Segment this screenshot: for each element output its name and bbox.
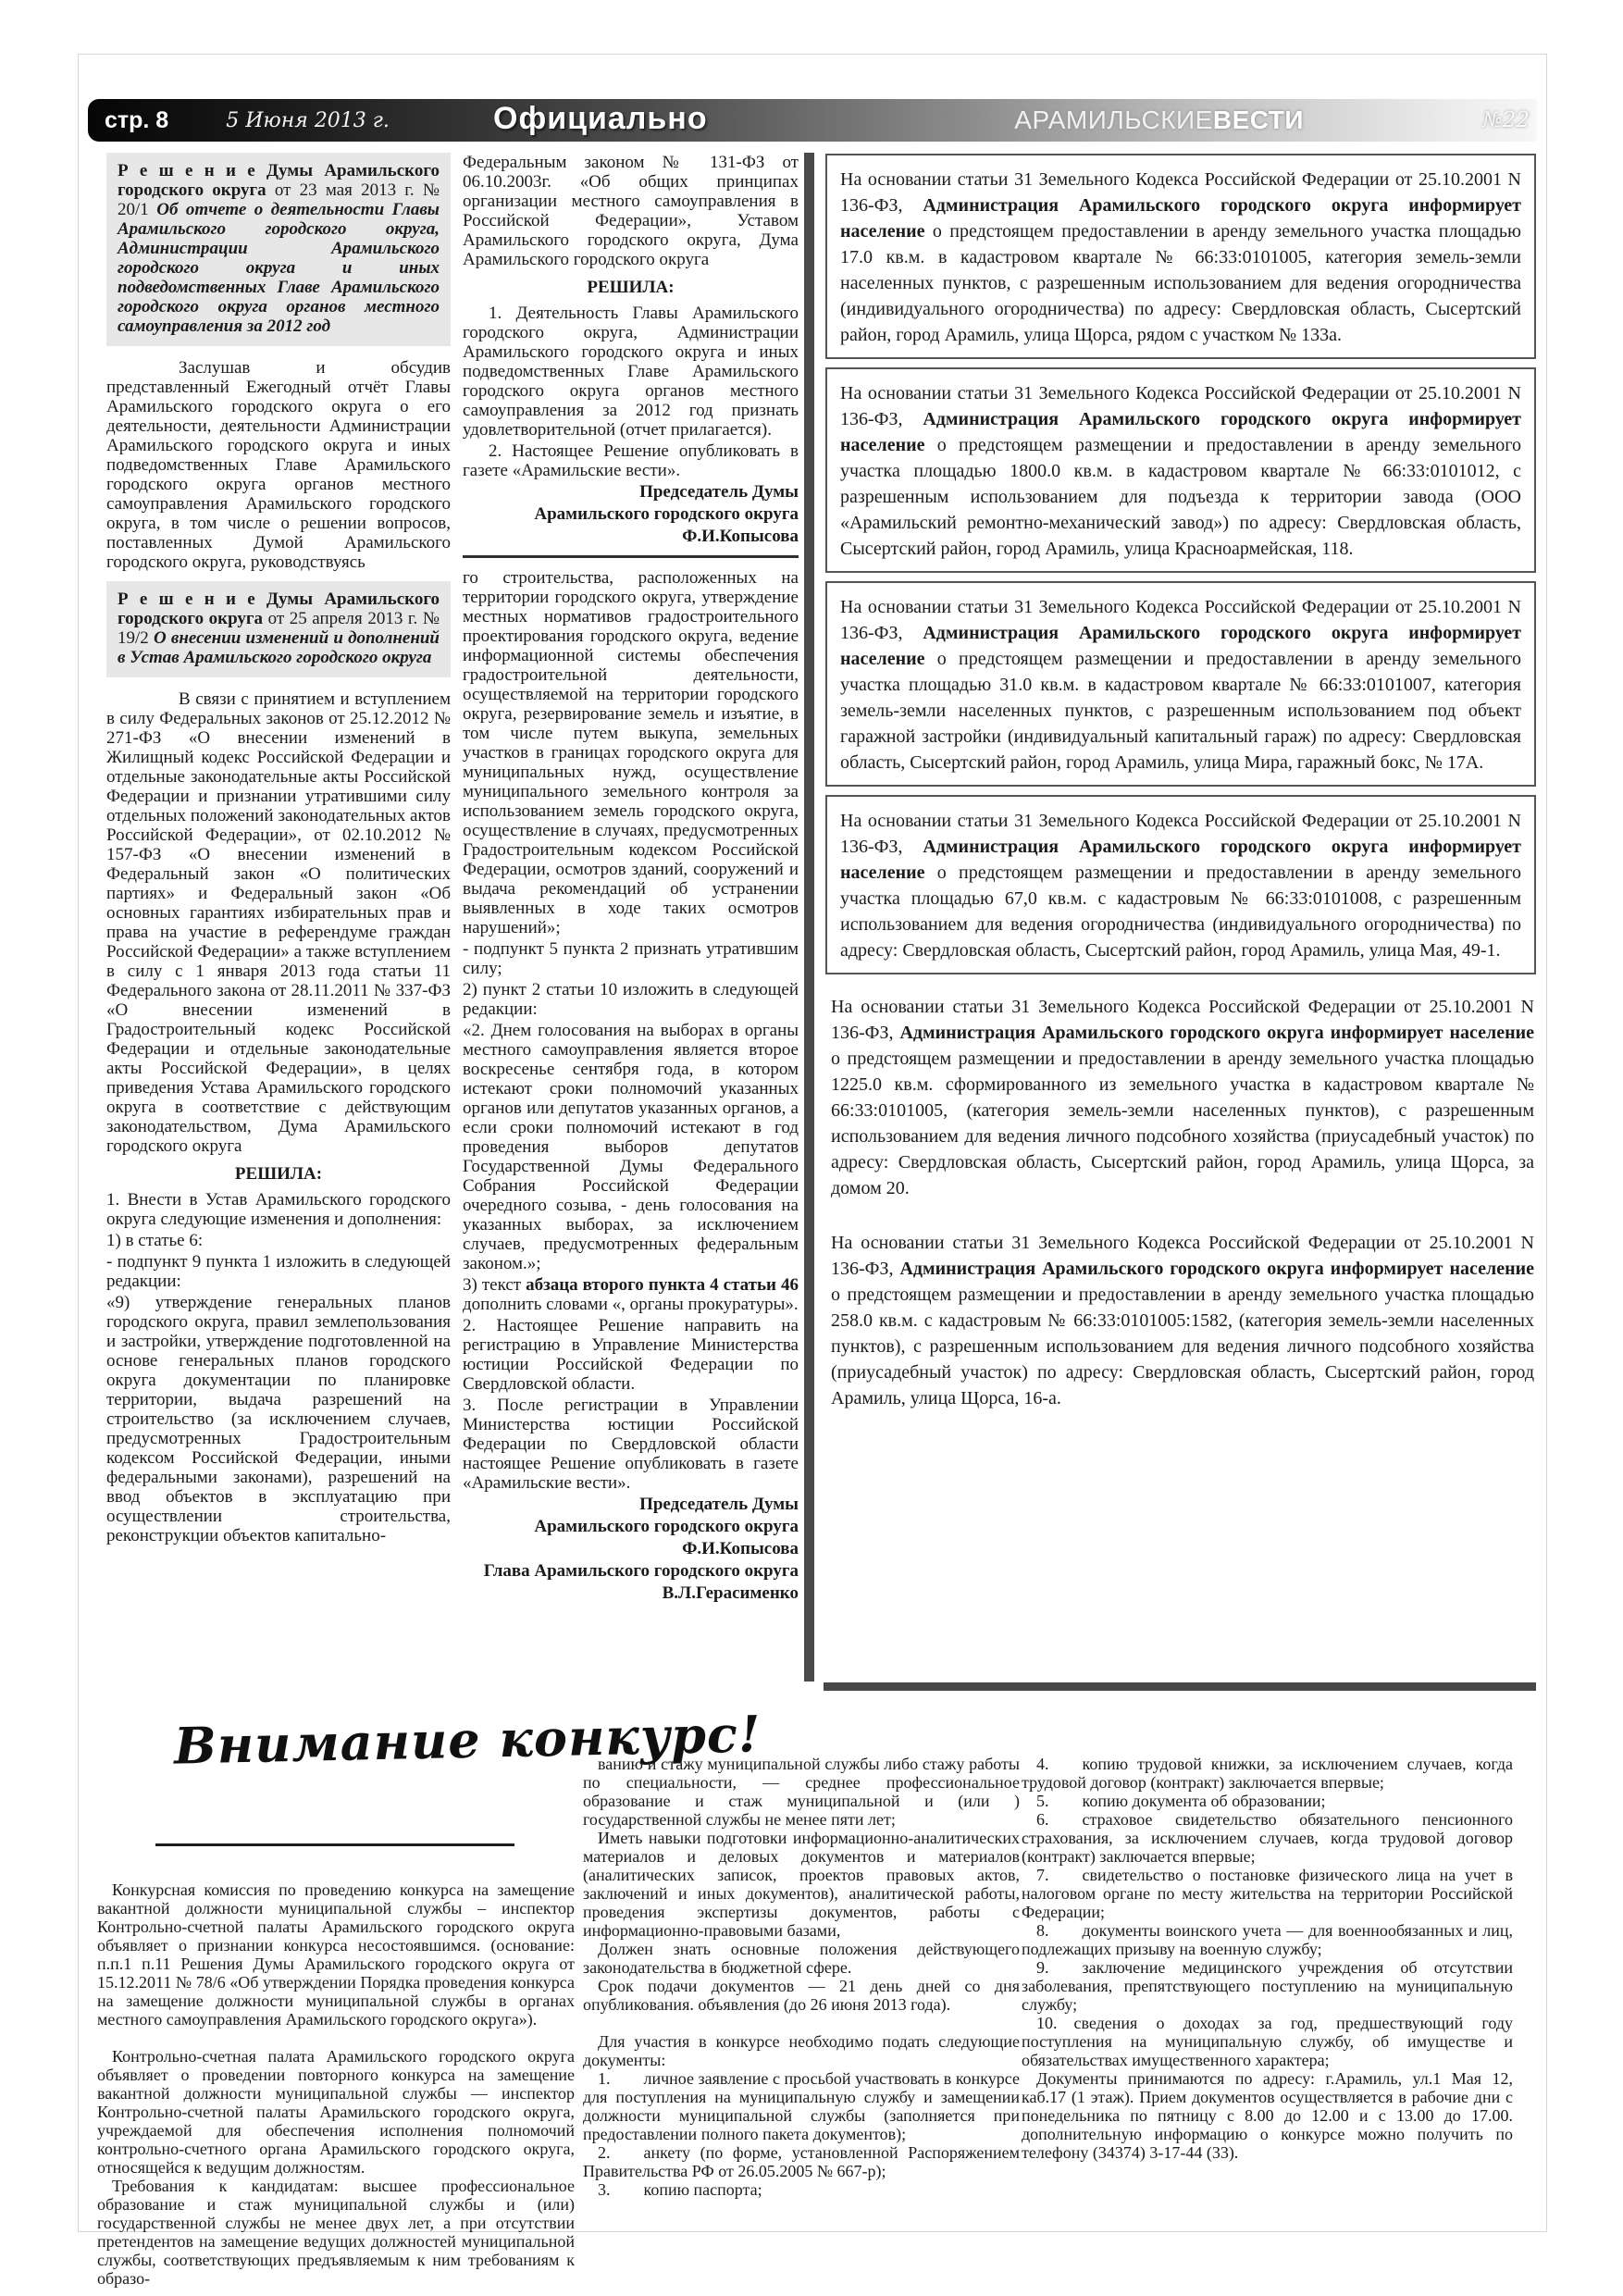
paragraph: Федеральным законом № 131-ФЗ от 06.10.20… (463, 153, 799, 269)
paragraph: 1. Внести в Устав Арамильского городског… (106, 1190, 451, 1229)
paragraph: Контрольно-счетная палата Арамильского г… (97, 2047, 575, 2177)
newspaper-brand: АРАМИЛЬСКИЕВЕСТИ (1014, 105, 1304, 135)
article-divider (463, 555, 799, 558)
brand-light-part: АРАМИЛЬСКИЕ (1014, 105, 1213, 134)
list-item: 4. копию трудовой книжки, за исключением… (1022, 1755, 1513, 1792)
paragraph: 2) пункт 2 статьи 10 изложить в следующе… (463, 980, 799, 1019)
paragraph: - подпункт 9 пункта 1 изложить в следующ… (106, 1252, 451, 1291)
paragraph: Конкурсная комиссия по проведению конкур… (97, 1880, 575, 2029)
land-notice-3: На основании статьи 31 Земельного Кодекс… (825, 581, 1536, 787)
horizontal-divider-bar (824, 1682, 1536, 1691)
notice-body: о предстоящем размещении и предоставлени… (831, 1285, 1534, 1409)
signature-line: Арамильского городского округа (463, 504, 799, 525)
brand-bold-part: ВЕСТИ (1213, 105, 1304, 134)
land-notice-2: На основании статьи 31 Земельного Кодекс… (825, 367, 1536, 573)
notice-body: о предстоящем размещении и предоставлени… (840, 435, 1521, 559)
vertical-divider-bar (804, 153, 814, 1682)
land-notices-column: На основании статьи 31 Земельного Кодекс… (825, 154, 1536, 1429)
land-notice-5: На основании статьи 31 Земельного Кодекс… (825, 983, 1536, 1210)
paragraph: 3. После регистрации в Управлении Минист… (463, 1396, 799, 1493)
paragraph: В связи с принятием и вступлением в силу… (106, 689, 451, 1156)
paragraph-fragment: дополнить словами «, органы прокуратуры»… (463, 1295, 799, 1314)
paragraph: Требования к кандидатам: высшее професси… (97, 2177, 575, 2288)
list-item: 3. копию паспорта; (583, 2180, 1020, 2199)
issue-number: №22 (1482, 108, 1530, 132)
paragraph: - подпункт 5 пункта 2 признать утративши… (463, 939, 799, 978)
notice-text: На основании статьи 31 Земельного Кодекс… (840, 594, 1521, 776)
page-number: стр. 8 (105, 107, 168, 134)
list-item: 8. документы воинского учета — для военн… (1022, 1921, 1513, 1958)
issue-date: 5 Июня 2013 г. (226, 109, 390, 132)
page-header: стр. 8 5 Июня 2013 г. Официально АРАМИЛЬ… (88, 99, 1537, 142)
land-notice-4: На основании статьи 31 Земельного Кодекс… (825, 795, 1536, 974)
paragraph: Срок подачи документов — 21 день дней со… (583, 1977, 1020, 2014)
notice-administration-bold: Администрация Арамильского городского ок… (899, 1259, 1534, 1279)
paragraph: 3) текст абзаца второго пункта 4 статьи … (463, 1275, 799, 1314)
decision-column-middle: Федеральным законом № 131-ФЗ от 06.10.20… (463, 153, 799, 1606)
resolution-word: РЕШИЛА: (106, 1164, 451, 1184)
paragraph: «2. Днем голосования на выборах в органы… (463, 1021, 799, 1273)
notice-body: о предстоящем предоставлении в аренду зе… (840, 221, 1521, 345)
notice-administration-bold: Администрация Арамильского городского ок… (899, 1023, 1534, 1043)
notice-text: На основании статьи 31 Земельного Кодекс… (840, 167, 1521, 348)
section-title: Официально (493, 101, 708, 137)
signature-line: Глава Арамильского городского округа (463, 1561, 799, 1582)
decision-subject: Об отчете о деятельности Главы Арамильск… (118, 200, 440, 336)
signature-line: Арамильского городского округа (463, 1517, 799, 1537)
paragraph: 1. Деятельность Главы Арамильского город… (463, 304, 799, 440)
paragraph: Иметь навыки подготовки информационно-ан… (583, 1829, 1020, 1940)
competition-column-middle: ванию и стажу муниципальной службы либо … (583, 1755, 1020, 2199)
signature-line: Председатель Думы (463, 1495, 799, 1515)
decision-2-heading: Р е ш е н и е Думы Арамильского городско… (106, 581, 451, 677)
list-item: 6. страховое свидетельство обязательного… (1022, 1810, 1513, 1866)
land-notice-1: На основании статьи 31 Земельного Кодекс… (825, 154, 1536, 359)
signature-line: Ф.И.Копысова (463, 527, 799, 547)
paragraph-fragment: 3) текст (463, 1275, 526, 1295)
paragraph: 2. Настоящее Решение опубликовать в газе… (463, 441, 799, 480)
paragraph: Для участия в конкурсе необходимо подать… (583, 2032, 1020, 2069)
decision-2-heading-text: Р е ш е н и е Думы Арамильского городско… (118, 590, 440, 667)
paragraph: го строительства, расположенных на терри… (463, 568, 799, 937)
paragraph: «9) утверждение генеральных планов город… (106, 1293, 451, 1545)
notice-text: На основании статьи 31 Земельного Кодекс… (840, 380, 1521, 562)
notice-text: На основании статьи 31 Земельного Кодекс… (840, 808, 1521, 963)
signature-line: Председатель Думы (463, 482, 799, 503)
signature-line: В.Л.Герасименко (463, 1583, 799, 1604)
paragraph-bold-fragment: абзаца второго пункта 4 статьи 46 (526, 1275, 799, 1295)
title-underline (155, 1843, 514, 1846)
paragraph: Заслушав и обсудив представленный Ежегод… (106, 358, 451, 572)
signature-line: Ф.И.Копысова (463, 1539, 799, 1559)
notice-body: о предстоящем размещении и предоставлени… (840, 649, 1521, 773)
competition-column-left: Конкурсная комиссия по проведению конкур… (97, 1880, 575, 2288)
notice-body: о предстоящем размещении и предоставлени… (840, 863, 1521, 961)
decision-column-left: Р е ш е н и е Думы Арамильского городско… (106, 153, 451, 1547)
paragraph: Должен знать основные положения действую… (583, 1940, 1020, 1977)
list-item: 10. сведения о доходах за год, предшеств… (1022, 2014, 1513, 2069)
decision-subject: О внесении изменений и дополнений в Уста… (118, 628, 440, 667)
decision-1-heading-text: Р е ш е н и е Думы Арамильского городско… (118, 161, 440, 336)
list-item: 5. копию документа об образовании; (1022, 1792, 1513, 1810)
land-notice-6: На основании статьи 31 Земельного Кодекс… (825, 1219, 1536, 1421)
paragraph: 1) в статье 6: (106, 1231, 451, 1250)
notice-text: На основании статьи 31 Земельного Кодекс… (831, 1230, 1534, 1411)
paragraph: Документы принимаются по адресу: г.Арами… (1022, 2069, 1513, 2162)
resolution-word: РЕШИЛА: (463, 278, 799, 297)
paragraph: ванию и стажу муниципальной службы либо … (583, 1755, 1020, 1829)
list-item: 9. заключение медицинского учреждения об… (1022, 1958, 1513, 2014)
list-item: 7. свидетельство о постановке физическог… (1022, 1866, 1513, 1921)
list-item: 1. личное заявление с просьбой участвова… (583, 2069, 1020, 2143)
list-item: 2. анкету (по форме, установленной Распо… (583, 2143, 1020, 2180)
paragraph: 2. Настоящее Решение направить на регист… (463, 1316, 799, 1394)
competition-column-right: 4. копию трудовой книжки, за исключением… (1022, 1755, 1513, 2162)
notice-text: На основании статьи 31 Земельного Кодекс… (831, 994, 1534, 1201)
notice-body: о предстоящем размещении и предоставлени… (831, 1049, 1534, 1198)
decision-1-heading: Р е ш е н и е Думы Арамильского городско… (106, 153, 451, 346)
